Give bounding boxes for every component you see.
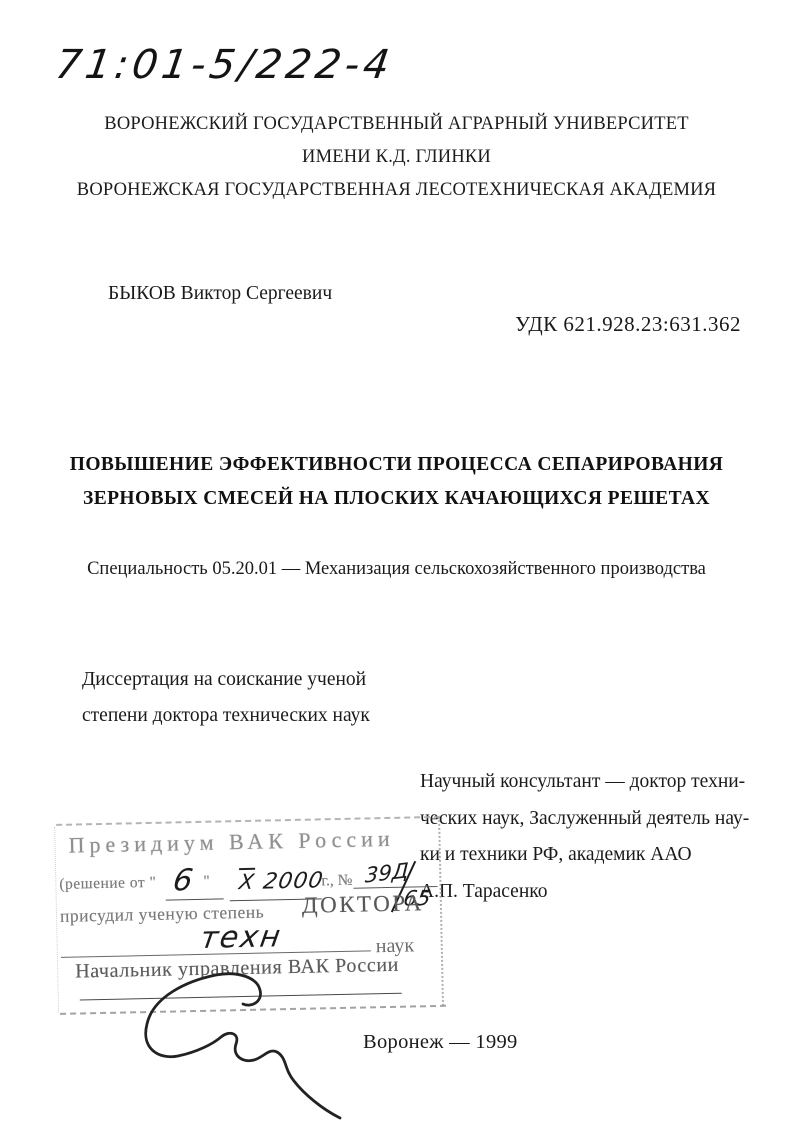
institution-line-1: ВОРОНЕЖСКИЙ ГОСУДАРСТВЕННЫЙ АГРАРНЫЙ УНИ… bbox=[0, 108, 793, 141]
stamp-border-right bbox=[438, 817, 444, 1006]
author-name: БЫКОВ Виктор Сергеевич bbox=[108, 283, 332, 305]
institution-line-2: ИМЕНИ К.Д. ГЛИНКИ bbox=[0, 141, 793, 174]
degree-sought-line-2: степени доктора технических наук bbox=[82, 698, 370, 734]
consultant-line-1: Научный консультант — доктор техни- bbox=[420, 764, 785, 801]
stamp-border-top bbox=[56, 816, 440, 826]
dissertation-title-line-1: ПОВЫШЕНИЕ ЭФФЕКТИВНОСТИ ПРОЦЕССА СЕПАРИР… bbox=[0, 448, 793, 482]
stamp-year-handwritten: 2000 bbox=[261, 868, 325, 894]
call-number-handwritten: 71:01-5/222-4 bbox=[53, 42, 396, 88]
degree-sought-block: Диссертация на соискание ученой степени … bbox=[82, 662, 370, 734]
institution-line-3: ВОРОНЕЖСКАЯ ГОСУДАРСТВЕННАЯ ЛЕСОТЕХНИЧЕС… bbox=[0, 174, 793, 207]
stamp-degree-word: ДОКТОРА bbox=[302, 890, 424, 919]
stamp-title: Президиум ВАК России bbox=[68, 826, 395, 859]
specialty-line: Специальность 05.20.01 — Механизация сел… bbox=[0, 559, 793, 580]
dissertation-title: ПОВЫШЕНИЕ ЭФФЕКТИВНОСТИ ПРОЦЕССА СЕПАРИР… bbox=[0, 448, 793, 516]
degree-sought-line-1: Диссертация на соискание ученой bbox=[82, 662, 370, 698]
stamp-closing-quote: " bbox=[203, 873, 210, 891]
consultant-line-2: ческих наук, Заслуженный деятель нау- bbox=[420, 801, 785, 838]
stamp-decision-prefix: (решение от " bbox=[59, 874, 156, 894]
dissertation-title-line-2: ЗЕРНОВЫХ СМЕСЕЙ НА ПЛОСКИХ КАЧАЮЩИХСЯ РЕ… bbox=[0, 482, 793, 516]
institution-header: ВОРОНЕЖСКИЙ ГОСУДАРСТВЕННЫЙ АГРАРНЫЙ УНИ… bbox=[0, 108, 793, 207]
udc-code: УДК 621.928.23:631.362 bbox=[515, 312, 741, 337]
scientific-consultant-block: Научный консультант — доктор техни- ческ… bbox=[420, 764, 785, 910]
signature-squiggle bbox=[120, 955, 360, 1122]
consultant-line-3: ки и техники РФ, академик ААО bbox=[420, 837, 785, 874]
stamp-field-handwritten: техн bbox=[198, 919, 285, 956]
stamp-border-left bbox=[54, 827, 59, 1013]
consultant-line-4: А.П. Тарасенко bbox=[420, 874, 785, 911]
city-year: Воронеж — 1999 bbox=[363, 1031, 518, 1054]
stamp-number-label: г., № bbox=[321, 872, 352, 891]
